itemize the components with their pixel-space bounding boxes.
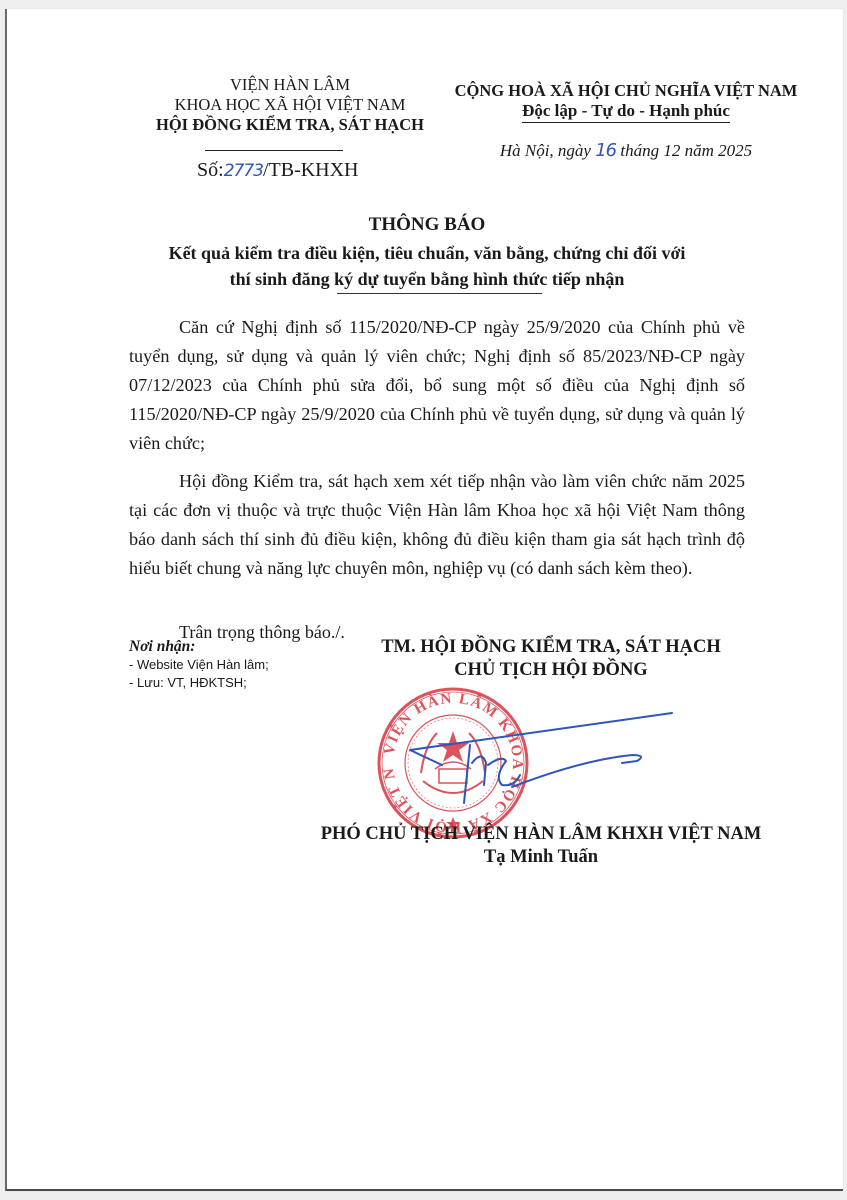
signer-name: Tạ Minh Tuấn (297, 846, 785, 869)
handwritten-signature-icon (402, 705, 692, 815)
national-header: CỘNG HOÀ XÃ HỘI CHỦ NGHĨA VIỆT NAM Độc l… (453, 81, 799, 123)
recipient-item: - Website Viện Hàn lâm; (129, 656, 329, 674)
signer-block: PHÓ CHỦ TỊCH VIỆN HÀN LÂM KHXH VIỆT NAM … (297, 823, 785, 869)
agency-line-1: VIỆN HÀN LÂM (135, 75, 445, 95)
on-behalf-line: TM. HỘI ĐỒNG KIỂM TRA, SÁT HẠCH (337, 636, 765, 659)
subtitle-line-2: thí sinh đăng ký dự tuyển bằng hình thức… (67, 266, 787, 292)
body-paragraph-1: Căn cứ Nghị định số 115/2020/NĐ-CP ngày … (129, 313, 745, 458)
paragraph-1-text: Căn cứ Nghị định số 115/2020/NĐ-CP ngày … (129, 313, 745, 458)
place-date: Hà Nội, ngày 16 tháng 12 năm 2025 (453, 140, 799, 161)
date-prefix: Hà Nội, ngày (500, 141, 591, 160)
recipients-block: Nơi nhận: - Website Viện Hàn lâm; - Lưu:… (129, 638, 329, 692)
recipients-title: Nơi nhận: (129, 638, 329, 656)
date-suffix: tháng 12 năm 2025 (620, 141, 752, 160)
national-motto: Độc lập - Tự do - Hạnh phúc (522, 101, 730, 123)
signer-title: PHÓ CHỦ TỊCH VIỆN HÀN LÂM KHXH VIỆT NAM (297, 823, 785, 846)
date-day-handwritten: 16 (595, 140, 616, 161)
document-subtitle: Kết quả kiểm tra điều kiện, tiêu chuẩn, … (67, 240, 787, 292)
doc-number-handwritten: 2773 (224, 161, 263, 181)
document-number: Số:2773/TB-KHXH (175, 159, 437, 182)
document-title: THÔNG BÁO (67, 214, 787, 236)
subtitle-underline (337, 293, 542, 294)
signer-role: CHỦ TỊCH HỘI ĐỒNG (337, 659, 765, 682)
nation-name: CỘNG HOÀ XÃ HỘI CHỦ NGHĨA VIỆT NAM (453, 81, 799, 101)
doc-number-prefix: Số: (197, 159, 224, 181)
agency-line-3: HỘI ĐỒNG KIỂM TRA, SÁT HẠCH (135, 115, 445, 135)
recipient-item: - Lưu: VT, HĐKTSH; (129, 674, 329, 692)
signature-heading: TM. HỘI ĐỒNG KIỂM TRA, SÁT HẠCH CHỦ TỊCH… (337, 636, 765, 682)
agency-line-2: KHOA HỌC XÃ HỘI VIỆT NAM (135, 95, 445, 115)
body-paragraph-2: Hội đồng Kiểm tra, sát hạch xem xét tiếp… (129, 467, 745, 583)
issuing-agency: VIỆN HÀN LÂM KHOA HỌC XÃ HỘI VIỆT NAM HỘ… (135, 75, 445, 135)
doc-number-suffix: /TB-KHXH (263, 159, 359, 181)
paragraph-2-text: Hội đồng Kiểm tra, sát hạch xem xét tiếp… (129, 467, 745, 583)
document-page: VIỆN HÀN LÂM KHOA HỌC XÃ HỘI VIỆT NAM HỘ… (5, 9, 843, 1191)
subtitle-line-1: Kết quả kiểm tra điều kiện, tiêu chuẩn, … (67, 240, 787, 266)
agency-underline (205, 150, 343, 151)
